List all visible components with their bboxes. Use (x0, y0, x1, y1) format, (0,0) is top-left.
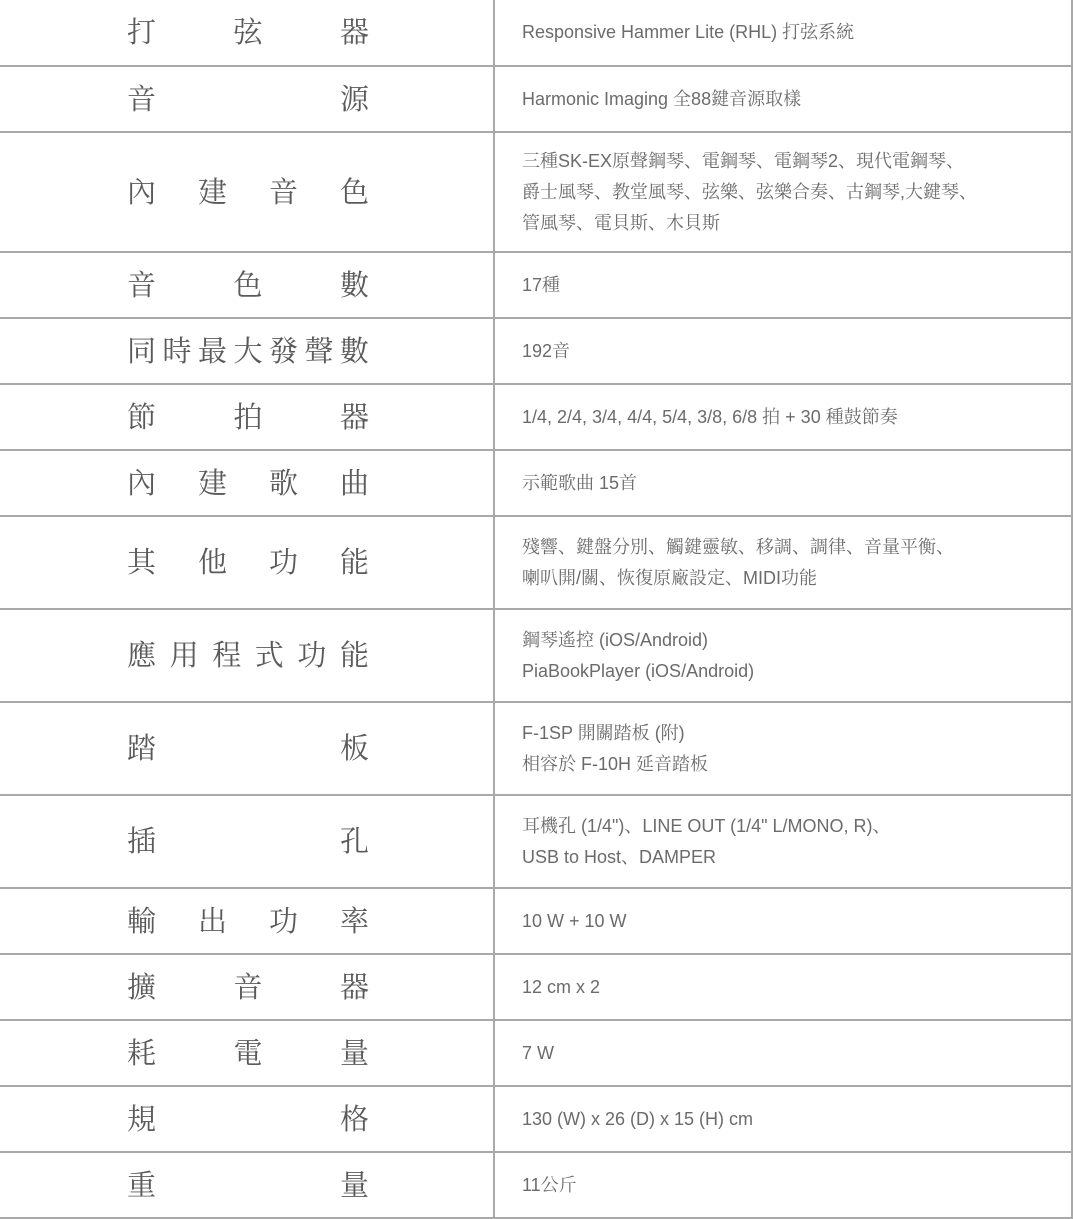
spec-row: 同時最大發聲數192音 (0, 318, 1072, 384)
spec-label: 節拍器 (127, 403, 369, 432)
spec-label-cell: 內建音色 (0, 132, 494, 252)
spec-value-cell: 殘響、鍵盤分別、觸鍵靈敏、移調、調律、音量平衡、喇叭開/關、恢復原廠設定、MID… (494, 516, 1072, 609)
spec-label-char: 拍 (233, 403, 262, 432)
spec-label-cell: 打弦器 (0, 0, 494, 66)
spec-value: 耳機孔 (1/4")、LINE OUT (1/4" L/MONO, R)、USB… (495, 811, 1071, 873)
spec-value-cell: 三種SK-EX原聲鋼琴、電鋼琴、電鋼琴2、現代電鋼琴、爵士風琴、教堂風琴、弦樂、… (494, 132, 1072, 252)
spec-label-char: 耗 (127, 1039, 156, 1068)
spec-label-cell: 踏板 (0, 702, 494, 795)
spec-label-char: 聲 (304, 337, 333, 366)
spec-value-line: Harmonic Imaging 全88鍵音源取樣 (522, 84, 1071, 115)
spec-row: 節拍器1/4, 2/4, 3/4, 4/4, 5/4, 3/8, 6/8 拍 +… (0, 384, 1072, 450)
spec-label-char: 音 (127, 85, 156, 114)
spec-value: 11公斤 (495, 1170, 1071, 1201)
spec-label-cell: 重量 (0, 1152, 494, 1218)
spec-row: 其他功能殘響、鍵盤分別、觸鍵靈敏、移調、調律、音量平衡、喇叭開/關、恢復原廠設定… (0, 516, 1072, 609)
spec-row: 內建音色三種SK-EX原聲鋼琴、電鋼琴、電鋼琴2、現代電鋼琴、爵士風琴、教堂風琴… (0, 132, 1072, 252)
spec-value-cell: 示範歌曲 15首 (494, 450, 1072, 516)
spec-value: 17種 (495, 270, 1071, 301)
spec-label-char: 功 (269, 548, 298, 577)
spec-label-char: 時 (162, 337, 191, 366)
spec-label-char: 率 (340, 907, 369, 936)
spec-label-char: 程 (212, 641, 241, 670)
spec-value-line: 11公斤 (522, 1170, 1071, 1201)
spec-value-cell: 192音 (494, 318, 1072, 384)
spec-label-char: 電 (233, 1039, 262, 1068)
spec-label-char: 格 (340, 1105, 369, 1134)
spec-value-cell: 11公斤 (494, 1152, 1072, 1218)
spec-value-cell: Harmonic Imaging 全88鍵音源取樣 (494, 66, 1072, 132)
spec-label-char: 發 (269, 337, 298, 366)
spec-value-cell: 10 W + 10 W (494, 888, 1072, 954)
spec-label-char: 曲 (340, 469, 369, 498)
spec-label: 擴音器 (127, 973, 369, 1002)
spec-label: 耗電量 (127, 1039, 369, 1068)
spec-label-char: 式 (255, 641, 284, 670)
spec-row: 規格130 (W) x 26 (D) x 15 (H) cm (0, 1086, 1072, 1152)
spec-value-cell: 1/4, 2/4, 3/4, 4/4, 5/4, 3/8, 6/8 拍 + 30… (494, 384, 1072, 450)
spec-label-cell: 耗電量 (0, 1020, 494, 1086)
spec-value-cell: 12 cm x 2 (494, 954, 1072, 1020)
spec-label: 打弦器 (127, 18, 369, 47)
spec-value-line: 130 (W) x 26 (D) x 15 (H) cm (522, 1104, 1071, 1135)
spec-label-cell: 節拍器 (0, 384, 494, 450)
spec-label-char: 內 (127, 469, 156, 498)
spec-label-cell: 其他功能 (0, 516, 494, 609)
spec-value-line: 喇叭開/關、恢復原廠設定、MIDI功能 (522, 563, 1071, 594)
spec-label-char: 內 (127, 178, 156, 207)
spec-value-line: 192音 (522, 336, 1071, 367)
spec-value-line: 7 W (522, 1038, 1071, 1069)
spec-label-char: 應 (127, 641, 156, 670)
spec-value-cell: 7 W (494, 1020, 1072, 1086)
spec-value-line: USB to Host、DAMPER (522, 842, 1071, 873)
spec-label: 同時最大發聲數 (127, 337, 369, 366)
spec-value: 三種SK-EX原聲鋼琴、電鋼琴、電鋼琴2、現代電鋼琴、爵士風琴、教堂風琴、弦樂、… (495, 146, 1071, 239)
spec-label-char: 能 (340, 548, 369, 577)
spec-label-char: 節 (127, 403, 156, 432)
spec-value-cell: F-1SP 開關踏板 (附)相容於 F-10H 延音踏板 (494, 702, 1072, 795)
spec-label-char: 音 (269, 178, 298, 207)
spec-value-line: 殘響、鍵盤分別、觸鍵靈敏、移調、調律、音量平衡、 (522, 532, 1071, 563)
spec-label-char: 數 (340, 337, 369, 366)
spec-label: 其他功能 (127, 548, 369, 577)
spec-label-char: 出 (198, 907, 227, 936)
spec-label-cell: 插孔 (0, 795, 494, 888)
spec-label-char: 色 (340, 178, 369, 207)
spec-value-line: 管風琴、電貝斯、木貝斯 (522, 208, 1071, 239)
spec-label: 規格 (127, 1105, 369, 1134)
spec-value: 130 (W) x 26 (D) x 15 (H) cm (495, 1104, 1071, 1135)
spec-label-cell: 應用程式功能 (0, 609, 494, 702)
spec-value-line: 爵士風琴、教堂風琴、弦樂、弦樂合奏、古鋼琴,大鍵琴、 (522, 177, 1071, 208)
spec-value: 192音 (495, 336, 1071, 367)
spec-row: 打弦器Responsive Hammer Lite (RHL) 打弦系統 (0, 0, 1072, 66)
spec-label: 踏板 (127, 734, 369, 763)
spec-row: 插孔耳機孔 (1/4")、LINE OUT (1/4" L/MONO, R)、U… (0, 795, 1072, 888)
spec-label-cell: 內建歌曲 (0, 450, 494, 516)
spec-label-char: 板 (340, 734, 369, 763)
spec-value-line: 17種 (522, 270, 1071, 301)
spec-label: 內建音色 (127, 178, 369, 207)
spec-value-cell: Responsive Hammer Lite (RHL) 打弦系統 (494, 0, 1072, 66)
spec-value-line: PiaBookPlayer (iOS/Android) (522, 656, 1071, 687)
spec-value-cell: 130 (W) x 26 (D) x 15 (H) cm (494, 1086, 1072, 1152)
spec-row: 音色數17種 (0, 252, 1072, 318)
spec-label: 插孔 (127, 827, 369, 856)
spec-value-cell: 鋼琴遙控 (iOS/Android)PiaBookPlayer (iOS/And… (494, 609, 1072, 702)
spec-value-line: 耳機孔 (1/4")、LINE OUT (1/4" L/MONO, R)、 (522, 811, 1071, 842)
spec-label: 音色數 (127, 271, 369, 300)
spec-label-char: 能 (340, 641, 369, 670)
spec-value: 10 W + 10 W (495, 906, 1071, 937)
spec-label-char: 插 (127, 827, 156, 856)
spec-label-cell: 同時最大發聲數 (0, 318, 494, 384)
spec-row: 應用程式功能鋼琴遙控 (iOS/Android)PiaBookPlayer (i… (0, 609, 1072, 702)
spec-label: 重量 (127, 1171, 369, 1200)
spec-value-line: 12 cm x 2 (522, 972, 1071, 1003)
spec-value-line: 1/4, 2/4, 3/4, 4/4, 5/4, 3/8, 6/8 拍 + 30… (522, 402, 1071, 433)
spec-label-char: 大 (233, 337, 262, 366)
spec-value-line: F-1SP 開關踏板 (附) (522, 718, 1071, 749)
spec-value: 鋼琴遙控 (iOS/Android)PiaBookPlayer (iOS/And… (495, 625, 1071, 687)
spec-row: 內建歌曲示範歌曲 15首 (0, 450, 1072, 516)
spec-value: F-1SP 開關踏板 (附)相容於 F-10H 延音踏板 (495, 718, 1071, 780)
spec-row: 輸出功率10 W + 10 W (0, 888, 1072, 954)
spec-label-cell: 規格 (0, 1086, 494, 1152)
spec-label-char: 擴 (127, 973, 156, 1002)
spec-label-char: 歌 (269, 469, 298, 498)
spec-label-char: 踏 (127, 734, 156, 763)
spec-value-line: 相容於 F-10H 延音踏板 (522, 749, 1071, 780)
spec-row: 音源Harmonic Imaging 全88鍵音源取樣 (0, 66, 1072, 132)
spec-label-char: 器 (340, 403, 369, 432)
spec-label-char: 音 (233, 973, 262, 1002)
spec-value: Responsive Hammer Lite (RHL) 打弦系統 (495, 17, 1071, 48)
spec-label-char: 輸 (127, 907, 156, 936)
spec-value-cell: 耳機孔 (1/4")、LINE OUT (1/4" L/MONO, R)、USB… (494, 795, 1072, 888)
spec-table-body: 打弦器Responsive Hammer Lite (RHL) 打弦系統音源Ha… (0, 0, 1072, 1218)
spec-row: 踏板F-1SP 開關踏板 (附)相容於 F-10H 延音踏板 (0, 702, 1072, 795)
spec-label-char: 打 (127, 18, 156, 47)
spec-label-char: 量 (340, 1039, 369, 1068)
spec-label: 輸出功率 (127, 907, 369, 936)
spec-row: 重量11公斤 (0, 1152, 1072, 1218)
spec-label-char: 功 (269, 907, 298, 936)
spec-value-line: Responsive Hammer Lite (RHL) 打弦系統 (522, 17, 1071, 48)
spec-label-char: 建 (198, 469, 227, 498)
spec-label-char: 弦 (233, 18, 262, 47)
spec-label: 音源 (127, 85, 369, 114)
spec-label-char: 孔 (340, 827, 369, 856)
spec-value-line: 三種SK-EX原聲鋼琴、電鋼琴、電鋼琴2、現代電鋼琴、 (522, 146, 1071, 177)
spec-value: 1/4, 2/4, 3/4, 4/4, 5/4, 3/8, 6/8 拍 + 30… (495, 402, 1071, 433)
spec-label-char: 用 (170, 641, 199, 670)
spec-label-char: 色 (233, 271, 262, 300)
spec-label-char: 器 (340, 18, 369, 47)
spec-table: 打弦器Responsive Hammer Lite (RHL) 打弦系統音源Ha… (0, 0, 1073, 1219)
spec-row: 擴音器12 cm x 2 (0, 954, 1072, 1020)
spec-value-line: 10 W + 10 W (522, 906, 1071, 937)
spec-label-char: 重 (127, 1171, 156, 1200)
spec-label: 內建歌曲 (127, 469, 369, 498)
spec-label-cell: 擴音器 (0, 954, 494, 1020)
spec-value: Harmonic Imaging 全88鍵音源取樣 (495, 84, 1071, 115)
spec-label-char: 數 (340, 271, 369, 300)
spec-label-char: 源 (340, 85, 369, 114)
spec-value: 7 W (495, 1038, 1071, 1069)
spec-label: 應用程式功能 (127, 641, 369, 670)
spec-label-char: 器 (340, 973, 369, 1002)
spec-value-cell: 17種 (494, 252, 1072, 318)
spec-value-line: 示範歌曲 15首 (522, 468, 1071, 499)
spec-label-char: 音 (127, 271, 156, 300)
spec-label-cell: 輸出功率 (0, 888, 494, 954)
spec-label-char: 建 (198, 178, 227, 207)
spec-label-char: 最 (198, 337, 227, 366)
spec-value: 殘響、鍵盤分別、觸鍵靈敏、移調、調律、音量平衡、喇叭開/關、恢復原廠設定、MID… (495, 532, 1071, 594)
spec-label-char: 同 (127, 337, 156, 366)
spec-label-char: 功 (297, 641, 326, 670)
spec-value-line: 鋼琴遙控 (iOS/Android) (522, 625, 1071, 656)
spec-row: 耗電量7 W (0, 1020, 1072, 1086)
spec-label-cell: 音源 (0, 66, 494, 132)
spec-label-char: 量 (340, 1171, 369, 1200)
spec-value: 示範歌曲 15首 (495, 468, 1071, 499)
spec-label-char: 規 (127, 1105, 156, 1134)
spec-label-char: 其 (127, 548, 156, 577)
spec-label-cell: 音色數 (0, 252, 494, 318)
spec-label-char: 他 (198, 548, 227, 577)
spec-value: 12 cm x 2 (495, 972, 1071, 1003)
